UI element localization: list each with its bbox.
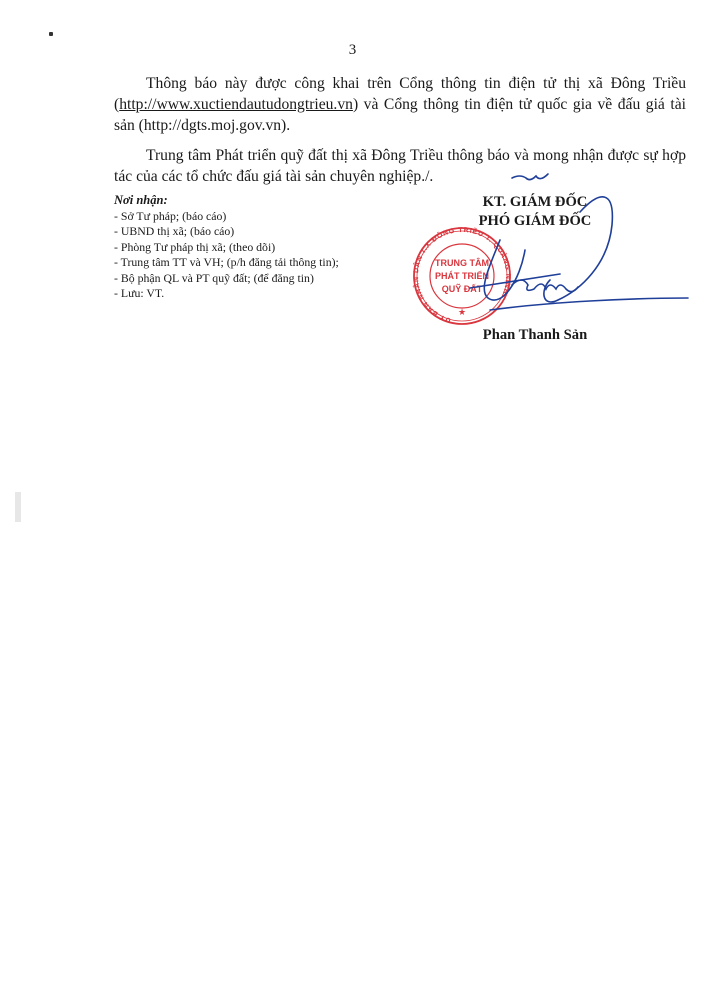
scan-speck (49, 32, 53, 36)
recipient-item: Phòng Tư pháp thị xã; (theo dõi) (114, 240, 339, 256)
handwritten-signature-icon (430, 170, 700, 320)
publication-paragraph: Thông báo này được công khai trên Cổng t… (114, 73, 686, 136)
recipient-item: UBND thị xã; (báo cáo) (114, 224, 339, 240)
signer-name: Phan Thanh Sản (420, 327, 650, 344)
recipient-item: Trung tâm TT và VH; (p/h đăng tải thông … (114, 255, 339, 271)
scan-smudge (15, 492, 21, 522)
recipient-item: Bộ phận QL và PT quỹ đất; (để đăng tin) (114, 271, 339, 287)
recipients-title: Nơi nhận: (114, 193, 339, 209)
portal-link[interactable]: http://www.xuctiendautudongtrieu.vn (119, 96, 353, 113)
recipients-list: Sở Tư pháp; (báo cáo) UBND thị xã; (báo … (114, 209, 339, 302)
page-number: 3 (0, 42, 705, 59)
recipient-item: Lưu: VT. (114, 286, 339, 302)
recipient-item: Sở Tư pháp; (báo cáo) (114, 209, 339, 225)
recipients-block: Nơi nhận: Sở Tư pháp; (báo cáo) UBND thị… (114, 193, 339, 302)
